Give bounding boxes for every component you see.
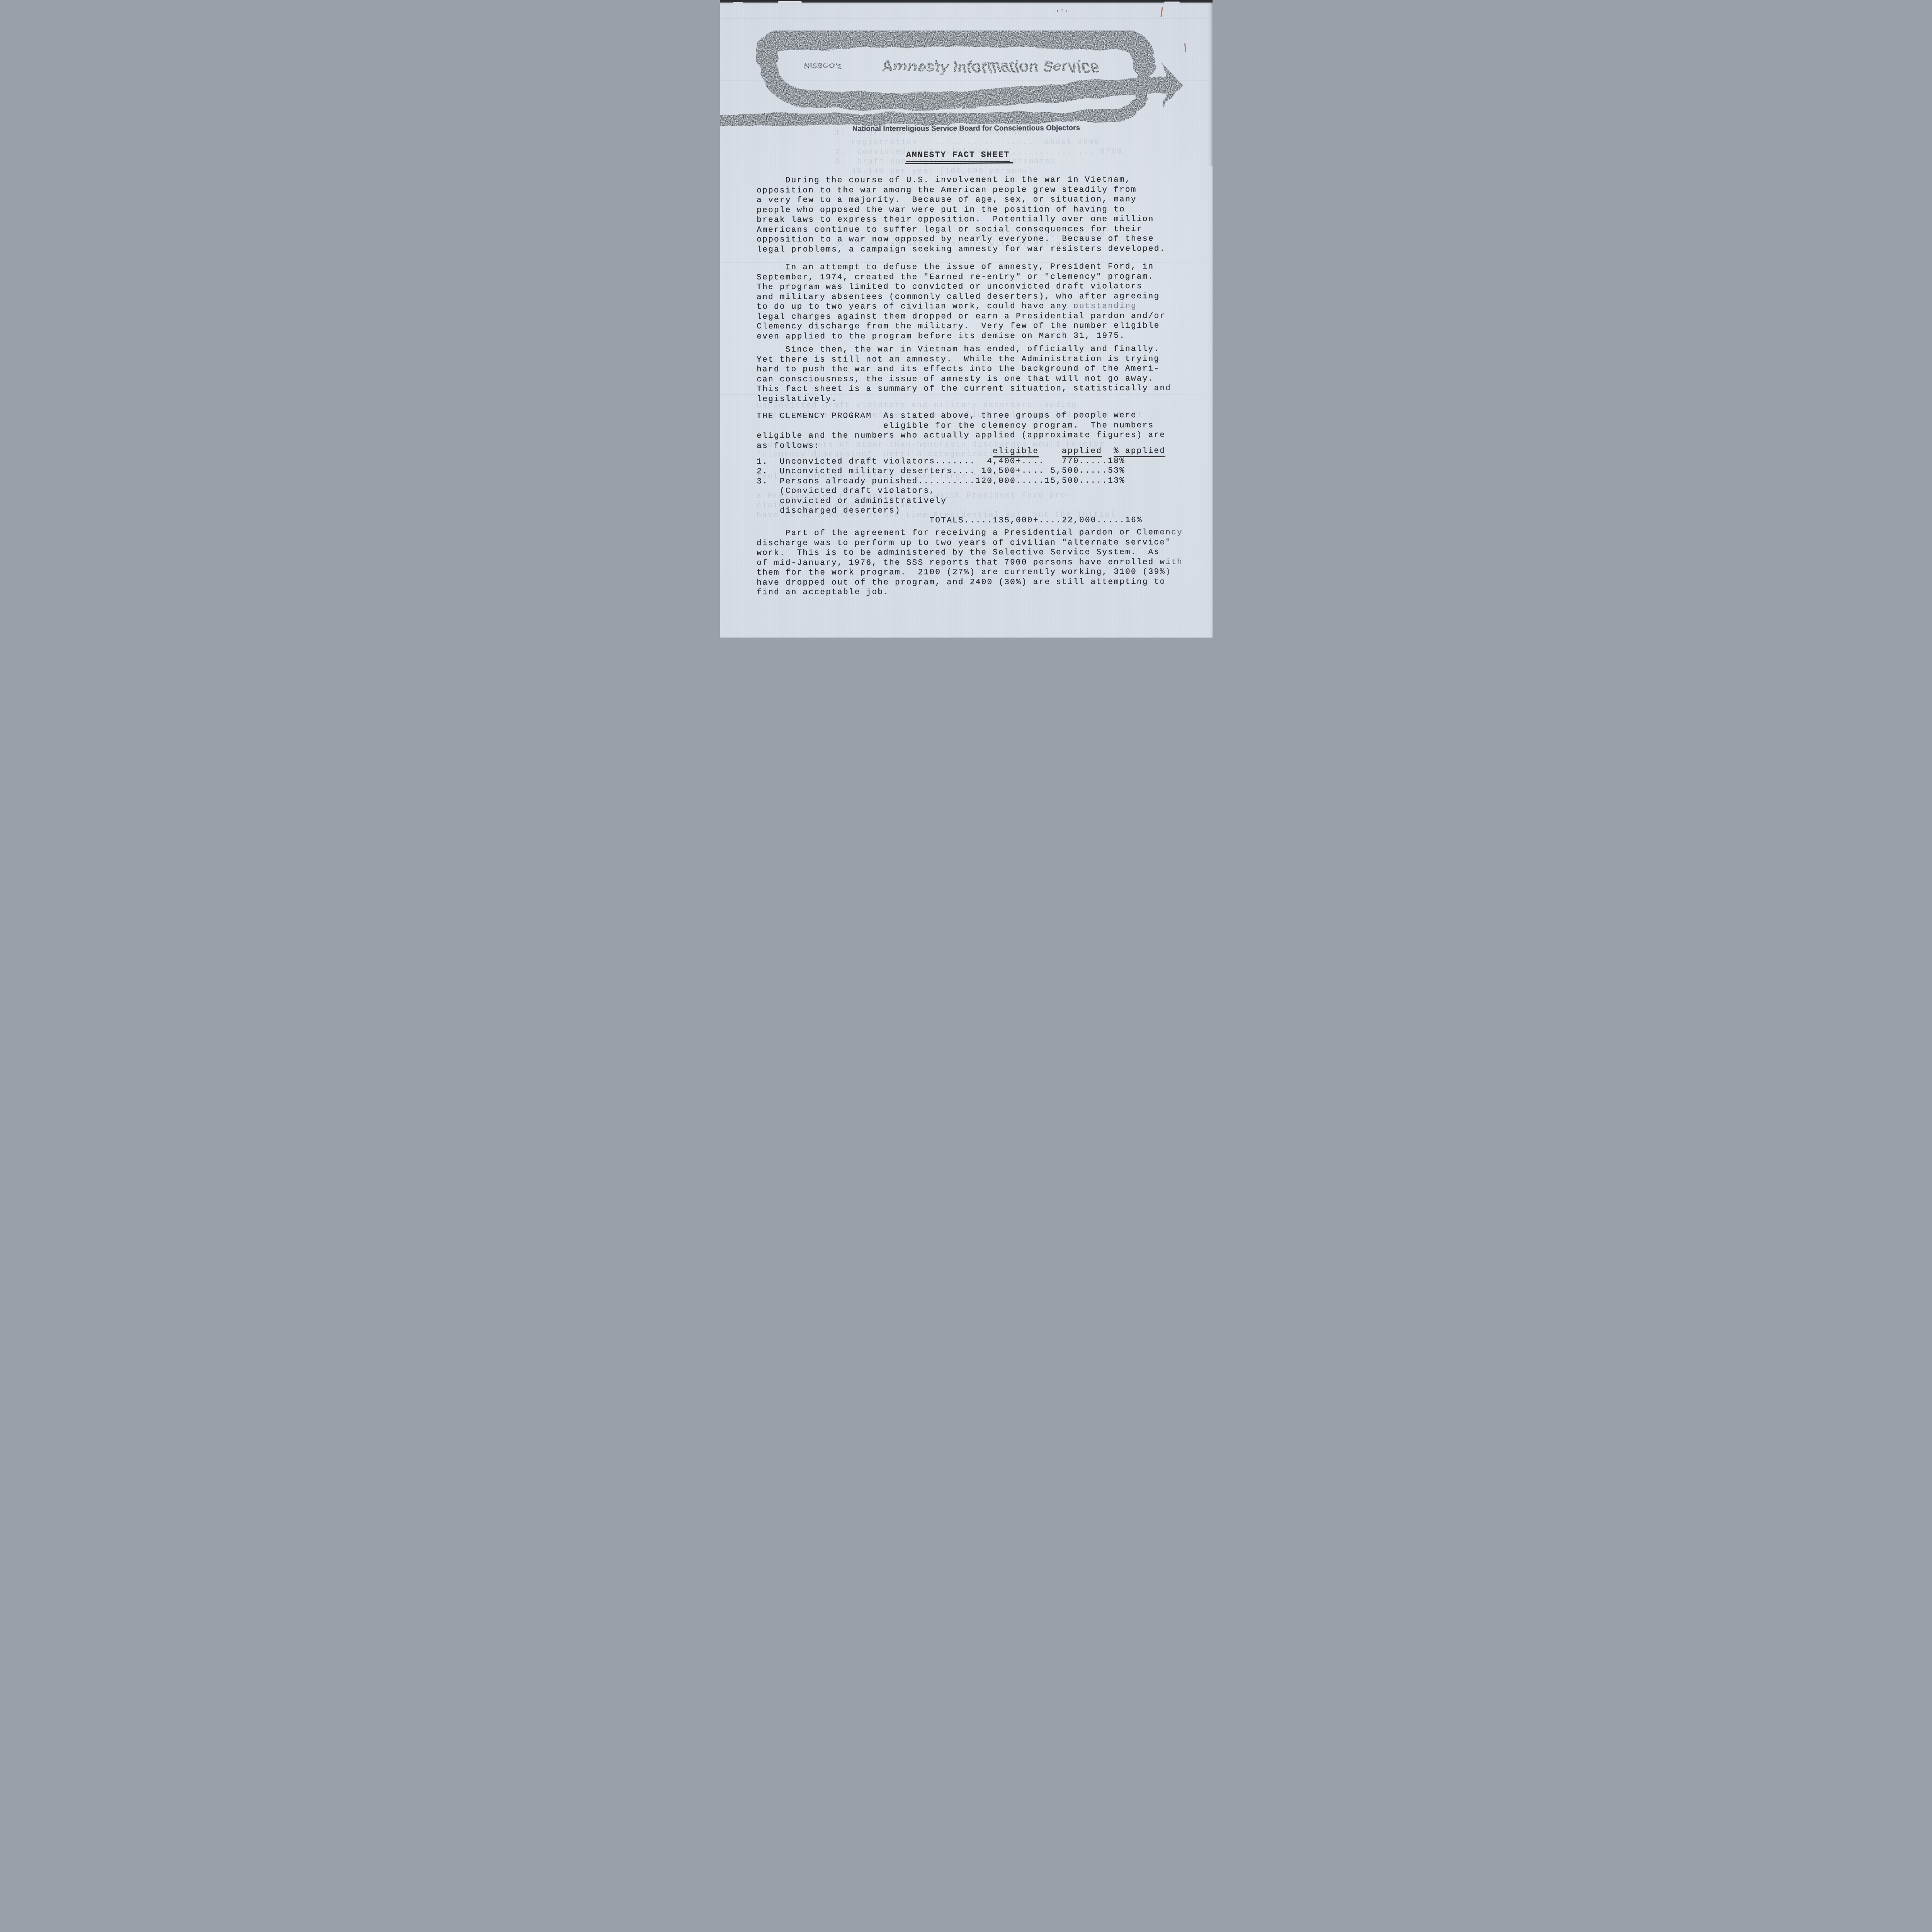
text-line: work. This is to be administered by the … [757,548,1183,558]
text-line: of mid-January, 1976, the SSS reports th… [757,557,1183,568]
text-line: discharged deserters) [757,505,1165,516]
text-line: (Convicted draft violators, [757,486,1165,497]
clemency-program-section: THE CLEMENCY PROGRAM As stated above, th… [757,411,1165,451]
page-title: AMNESTY FACT SHEET [906,151,1009,162]
text-line: Yet there is still not an amnesty. While… [757,354,1171,365]
org-prefix-label: NISBCO's [804,62,842,71]
text-line: even applied to the program before its d… [757,331,1165,342]
paragraph-1: During the course of U.S. involvement in… [757,175,1165,255]
text-line: 1. Unconvicted draft violators....... 4,… [757,456,1165,467]
text-line: discharge was to perform up to two years… [757,537,1183,548]
column-header-pct-applied: % applied [1113,447,1165,457]
text-line: TOTALS.....135,000+....22,000.....16% [757,515,1165,526]
column-header-eligible: eligible [992,447,1038,457]
text-line: Part of the agreement for receiving a Pr… [757,528,1183,539]
text-line: eligible and the numbers who actually ap… [757,430,1165,441]
table-header-indent [757,447,993,456]
paragraph-final: Part of the agreement for receiving a Pr… [757,528,1183,598]
text-line: hard to push the war and its effects int… [757,364,1171,375]
text-line: Clemency discharge from the military. Ve… [757,321,1165,332]
text-line: a very few to a majority. Because of age… [757,195,1165,206]
table-header-gap [1102,447,1114,456]
table-rows: 1. Unconvicted draft violators....... 4,… [757,456,1165,526]
text-line: opposition to the war among the American… [757,185,1165,196]
text-line: opposition to a war now opposed by nearl… [757,234,1165,245]
text-line: 2. Unconvicted military deserters.... 10… [757,466,1165,477]
table-header-row: eligible applied % applied [757,446,1165,457]
table-header-gap [1039,447,1062,456]
text-line: During the course of U.S. involvement in… [757,175,1165,186]
text-line: The program was limited to convicted or … [757,282,1165,293]
text-line: can consciousness, the issue of amnesty … [757,374,1171,384]
text-line: to do up to two years of civilian work, … [757,301,1165,312]
text-line: legal charges against them dropped or ea… [757,311,1165,322]
text-line: 3. Persons already punished..........120… [757,476,1165,486]
column-header-applied: applied [1061,447,1102,457]
service-name-title: Amnesty Information Service [882,57,1099,76]
text-line: This fact sheet is a summary of the curr… [757,384,1171,395]
clemency-statistics-table: eligible applied % applied 1. Unconvicte… [757,446,1166,526]
text-line: legal problems, a campaign seeking amnes… [757,244,1165,255]
text-line: and military absentees (commonly called … [757,291,1165,302]
text-line: eligible for the clemency program. The n… [757,420,1165,431]
org-full-name: National Interreligious Service Board fo… [727,124,1205,134]
text-line: Since then, the war in Vietnam has ended… [757,344,1171,355]
text-line: THE CLEMENCY PROGRAM As stated above, th… [757,411,1165,422]
scanned-fact-sheet-page: 1. Draft violations other than non-regis… [720,0,1213,638]
bleed-through-text: 4%-14% per year (100,000 persons) [851,167,1033,176]
text-line: break laws to express their opposition. … [757,214,1165,225]
text-line: people who opposed the war were put in t… [757,204,1165,215]
text-line: have dropped out of the program, and 240… [757,577,1183,588]
text-line: September, 1974, created the "Earned re-… [757,272,1165,282]
text-line: legislatively. [757,393,1171,404]
text-line: them for the work program. 2100 (27%) ar… [757,567,1183,578]
title-block: AMNESTY FACT SHEET [906,151,1009,162]
text-line: convicted or administratively [757,495,1165,506]
text-line: find an acceptable job. [757,587,1183,598]
text-line: Americans continue to suffer legal or so… [757,224,1165,235]
paragraph-2: In an attempt to defuse the issue of amn… [757,262,1165,342]
text-line: In an attempt to defuse the issue of amn… [757,262,1165,273]
paragraph-3: Since then, the war in Vietnam has ended… [757,344,1171,404]
